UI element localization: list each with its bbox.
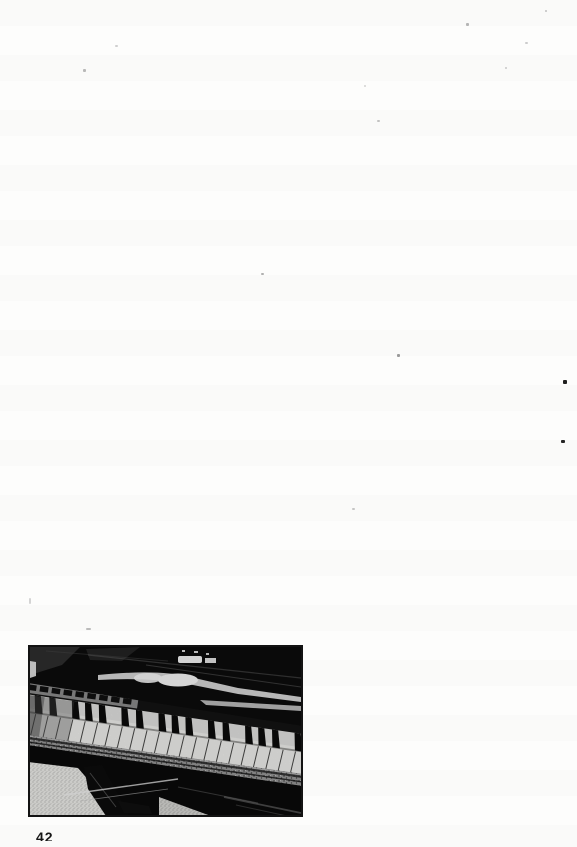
- scan-speck: [364, 85, 366, 87]
- document-page: 42: [0, 0, 577, 847]
- scan-speck: [86, 628, 91, 630]
- scan-speck: [561, 440, 565, 443]
- scan-speck: [525, 42, 528, 44]
- piano-photo-image: [28, 645, 303, 817]
- scan-speck: [352, 508, 355, 510]
- scan-speck: [377, 120, 380, 122]
- scan-speck: [83, 69, 86, 72]
- scan-speck: [545, 10, 547, 12]
- scan-speck: [261, 273, 264, 275]
- photo-grain: [28, 645, 303, 817]
- scan-speck: [466, 23, 469, 26]
- page-number-clip: 42: [36, 831, 76, 841]
- piano-photo: [28, 645, 303, 817]
- page-number: 42: [36, 831, 76, 841]
- scan-speck: [29, 598, 31, 604]
- scan-speck: [397, 354, 400, 357]
- scan-speck: [115, 45, 118, 47]
- scan-speck: [505, 67, 507, 69]
- scan-speck: [563, 380, 567, 384]
